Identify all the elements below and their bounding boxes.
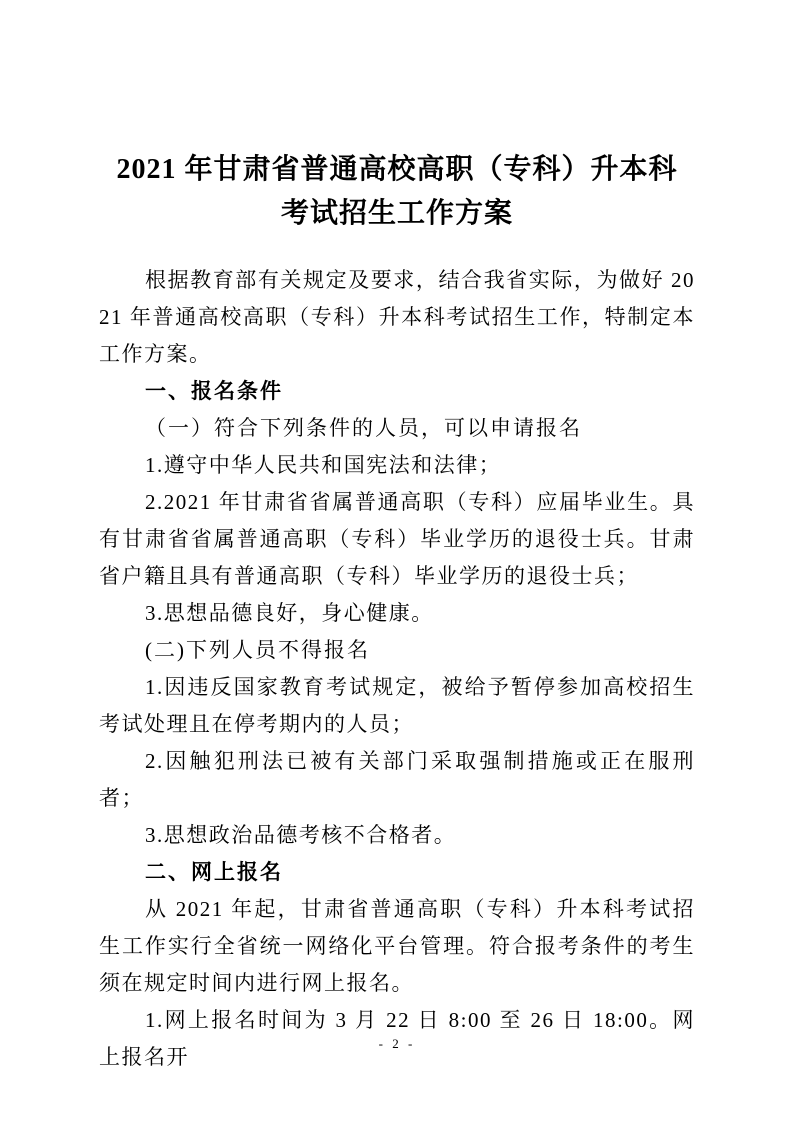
document-page: 2021 年甘肃省普通高校高职（专科）升本科 考试招生工作方案 根据教育部有关规… (0, 0, 794, 1123)
document-title: 2021 年甘肃省普通高校高职（专科）升本科 考试招生工作方案 (99, 148, 695, 236)
document-title-line2: 考试招生工作方案 (99, 192, 695, 236)
list-item-1-1-1: 1.遵守中华人民共和国宪法和法律； (99, 447, 695, 484)
list-item-1-2-2: 2.因触犯刑法已被有关部门采取强制措施或正在服刑者； (99, 743, 695, 817)
list-item-1-2-3: 3.思想政治品德考核不合格者。 (99, 817, 695, 854)
document-body: 根据教育部有关规定及要求，结合我省实际，为做好 2021 年普通高校高职（专科）… (99, 262, 695, 1076)
section-heading-1: 一、报名条件 (99, 373, 695, 410)
subsection-heading-1-2: (二)下列人员不得报名 (99, 632, 695, 669)
paragraph-intro: 根据教育部有关规定及要求，结合我省实际，为做好 2021 年普通高校高职（专科）… (99, 262, 695, 373)
section-heading-2: 二、网上报名 (99, 854, 695, 891)
subsection-heading-1-1: （一）符合下列条件的人员，可以申请报名 (99, 410, 695, 447)
list-item-1-1-3: 3.思想品德良好，身心健康。 (99, 595, 695, 632)
paragraph-online-reg: 从 2021 年起，甘肃省普通高职（专科）升本科考试招生工作实行全省统一网络化平… (99, 891, 695, 1002)
document-title-line1: 2021 年甘肃省普通高校高职（专科）升本科 (99, 148, 695, 192)
page-number: - 2 - (0, 1036, 794, 1052)
list-item-1-2-1: 1.因违反国家教育考试规定，被给予暂停参加高校招生考试处理且在停考期内的人员； (99, 669, 695, 743)
list-item-1-1-2: 2.2021 年甘肃省省属普通高职（专科）应届毕业生。具有甘肃省省属普通高职（专… (99, 484, 695, 595)
